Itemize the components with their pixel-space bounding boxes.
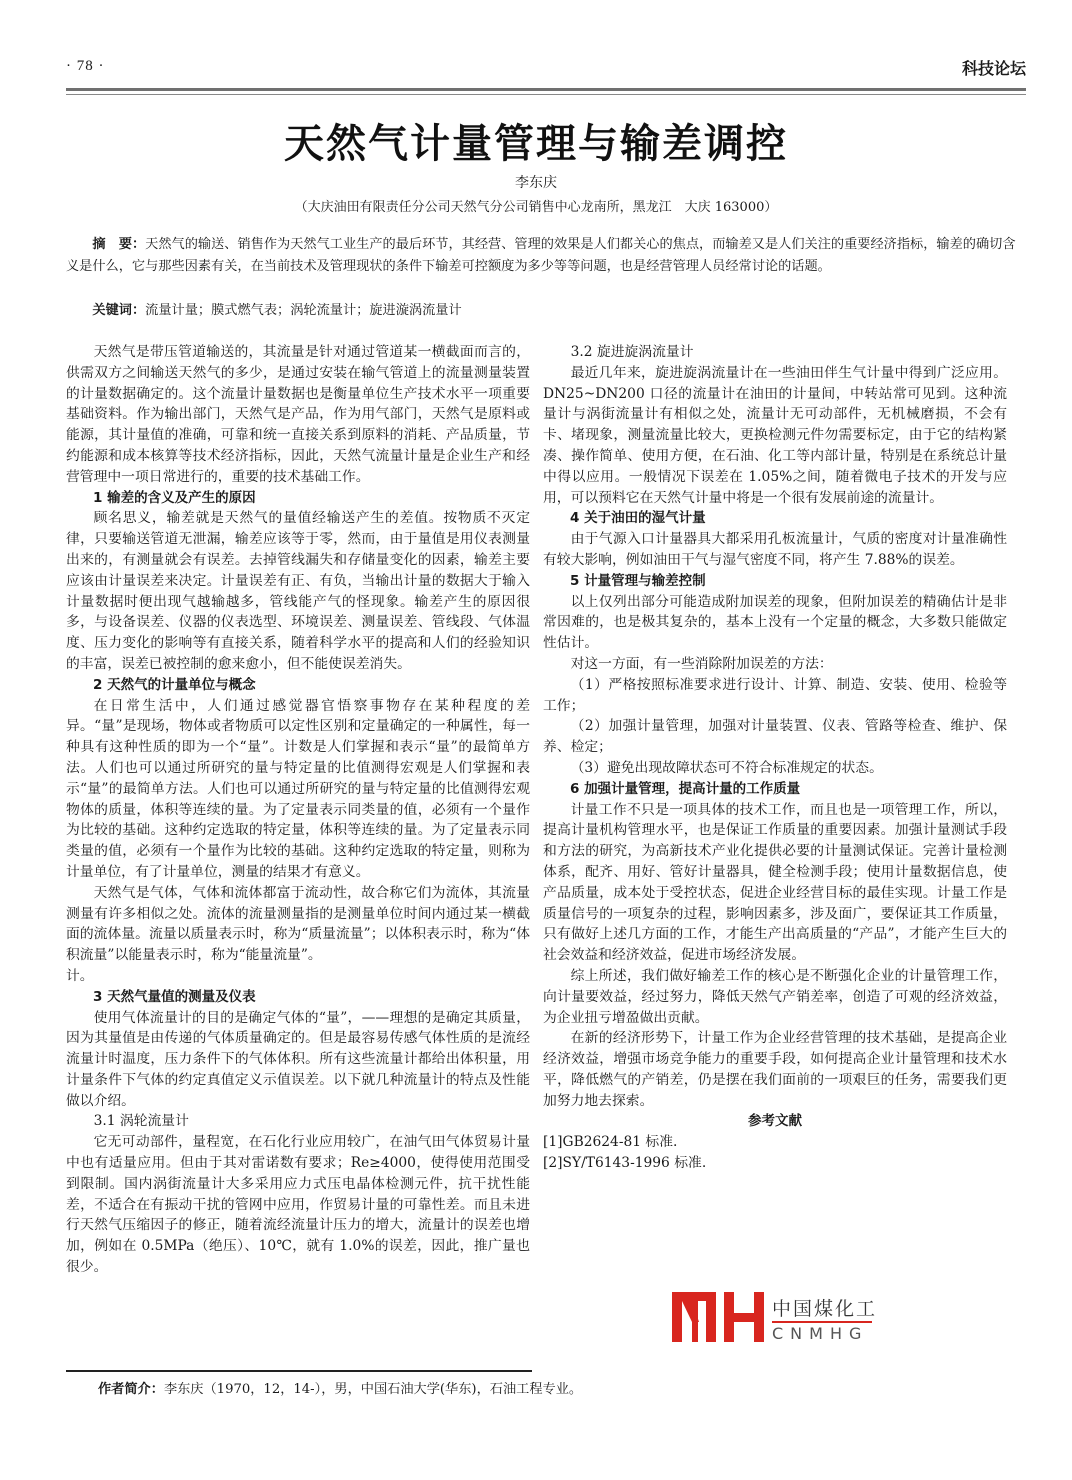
section-heading-3: 3 天然气量值的测量及仪表 [66,987,530,1008]
intro-paragraph: 天然气是带压管道输送的，其流量是针对通过管道某一横截面而言的，供需双方之间输送天… [66,342,530,488]
paragraph: 使用气体流量计的目的是确定气体的“量”，——理想的是确定其质量，因为其量值是由传… [66,1008,530,1112]
subsection-heading-3-1: 3.1 涡轮流量计 [66,1111,530,1132]
subsection-heading-3-2: 3.2 旋进旋涡流量计 [543,342,1007,363]
page-number: · 78 · [66,58,105,75]
list-item: （1）严格按照标准要求进行设计、计算、制造、安装、使用、检验等工作； [543,675,1007,717]
header-rule-thin [66,94,1026,95]
paragraph: 在新的经济形势下，计量工作为企业经营管理的技术基础，是提高企业经济效益，增强市场… [543,1028,1007,1111]
reference-item: [2]SY/T6143-1996 标准. [543,1153,1007,1174]
paragraph: 天然气是气体，气体和流体都富于流动性，故合称它们为流体，其流量测量有许多相似之处… [66,883,530,966]
mh-logo-icon [672,1292,764,1342]
article-title: 天然气计量管理与输差调控 [0,112,1072,169]
bio-label: 作者简介： [98,1382,164,1397]
keywords-text: 流量计量；膜式燃气表；涡轮流量计；旋进漩涡流量计 [145,303,462,318]
references-heading: 参考文献 [543,1111,1007,1132]
logo-divider [772,1321,872,1323]
section-heading-2: 2 天然气的计量单位与概念 [66,675,530,696]
cnmhg-logo: 中国煤化工 CNMHG [672,1290,892,1346]
paragraph: 对这一方面，有一些消除附加误差的方法： [543,654,1007,675]
abstract: 摘 要：天然气的输送、销售作为天然气工业生产的最后环节，其经营、管理的效果是人们… [66,234,1026,278]
journal-page: · 78 · 科技论坛 天然气计量管理与输差调控 李东庆 （大庆油田有限责任分公… [0,0,1072,1480]
article-author: 李东庆 [0,172,1072,192]
logo-name-cn: 中国煤化工 [772,1294,877,1321]
header-rule-thick [66,88,1026,91]
section-heading-5: 5 计量管理与输差控制 [543,571,1007,592]
body-column-left: 天然气是带压管道输送的，其流量是针对通过管道某一横截面而言的，供需双方之间输送天… [66,342,530,1278]
section-heading-4: 4 关于油田的湿气计量 [543,508,1007,529]
running-header: · 78 · 科技论坛 [66,56,1026,86]
body-column-right: 3.2 旋进旋涡流量计 最近几年来，旋进旋涡流量计在一些油田伴生气计量中得到广泛… [543,342,1007,1174]
paragraph: 顾名思义，输差就是天然气的量值经输送产生的差值。按物质不灭定律，只要输送管道无泄… [66,508,530,674]
paragraph: 在日常生活中，人们通过感觉器官悟察事物存在某种程度的差异。“量”是现场，物体或者… [66,696,530,883]
section-heading-1: 1 输差的含义及产生的原因 [66,488,530,509]
paragraph: 计量工作不只是一项具体的技术工作，而且也是一项管理工作，所以，提高计量机构管理水… [543,800,1007,966]
abstract-text: 天然气的输送、销售作为天然气工业生产的最后环节，其经营、管理的效果是人们都关心的… [66,237,1016,274]
paragraph: 由于气源入口计量器具大都采用孔板流量计，气质的密度对计量准确性有较大影响，例如油… [543,529,1007,571]
paragraph: 最近几年来，旋进旋涡流量计在一些油田伴生气计量中得到广泛应用。DN25~DN20… [543,363,1007,509]
paragraph: 它无可动部件，量程宽，在石化行业应用较广，在油气田气体贸易计量中也有适量应用。但… [66,1132,530,1278]
keywords-label: 关键词： [92,303,145,318]
paragraph: 综上所述，我们做好输差工作的核心是不断强化企业的计量管理工作，向计量要效益，经过… [543,966,1007,1028]
list-item: （2）加强计量管理，加强对计量装置、仪表、管路等检查、维护、保养、检定； [543,716,1007,758]
paragraph: 计。 [66,966,530,987]
footnote-rule [66,1370,532,1372]
journal-section: 科技论坛 [962,56,1026,79]
logo-name-en: CNMHG [772,1324,868,1343]
paragraph: 以上仅列出部分可能造成附加误差的现象，但附加误差的精确估计是非常因难的，也是极其… [543,592,1007,654]
author-affiliation: （大庆油田有限责任分公司天然气分公司销售中心龙南所，黑龙江 大庆 163000） [0,196,1072,215]
bio-text: 李东庆（1970，12，14-），男，中国石油大学(华东)，石油工程专业。 [164,1382,582,1397]
section-heading-6: 6 加强计量管理，提高计量的工作质量 [543,779,1007,800]
author-bio: 作者简介：李东庆（1970，12，14-），男，中国石油大学(华东)，石油工程专… [98,1380,998,1400]
list-item: （3）避免出现故障状态可不符合标准规定的状态。 [543,758,1007,779]
keywords: 关键词：流量计量；膜式燃气表；涡轮流量计；旋进漩涡流量计 [66,300,1026,322]
reference-item: [1]GB2624-81 标准. [543,1132,1007,1153]
abstract-label: 摘 要： [92,237,145,252]
